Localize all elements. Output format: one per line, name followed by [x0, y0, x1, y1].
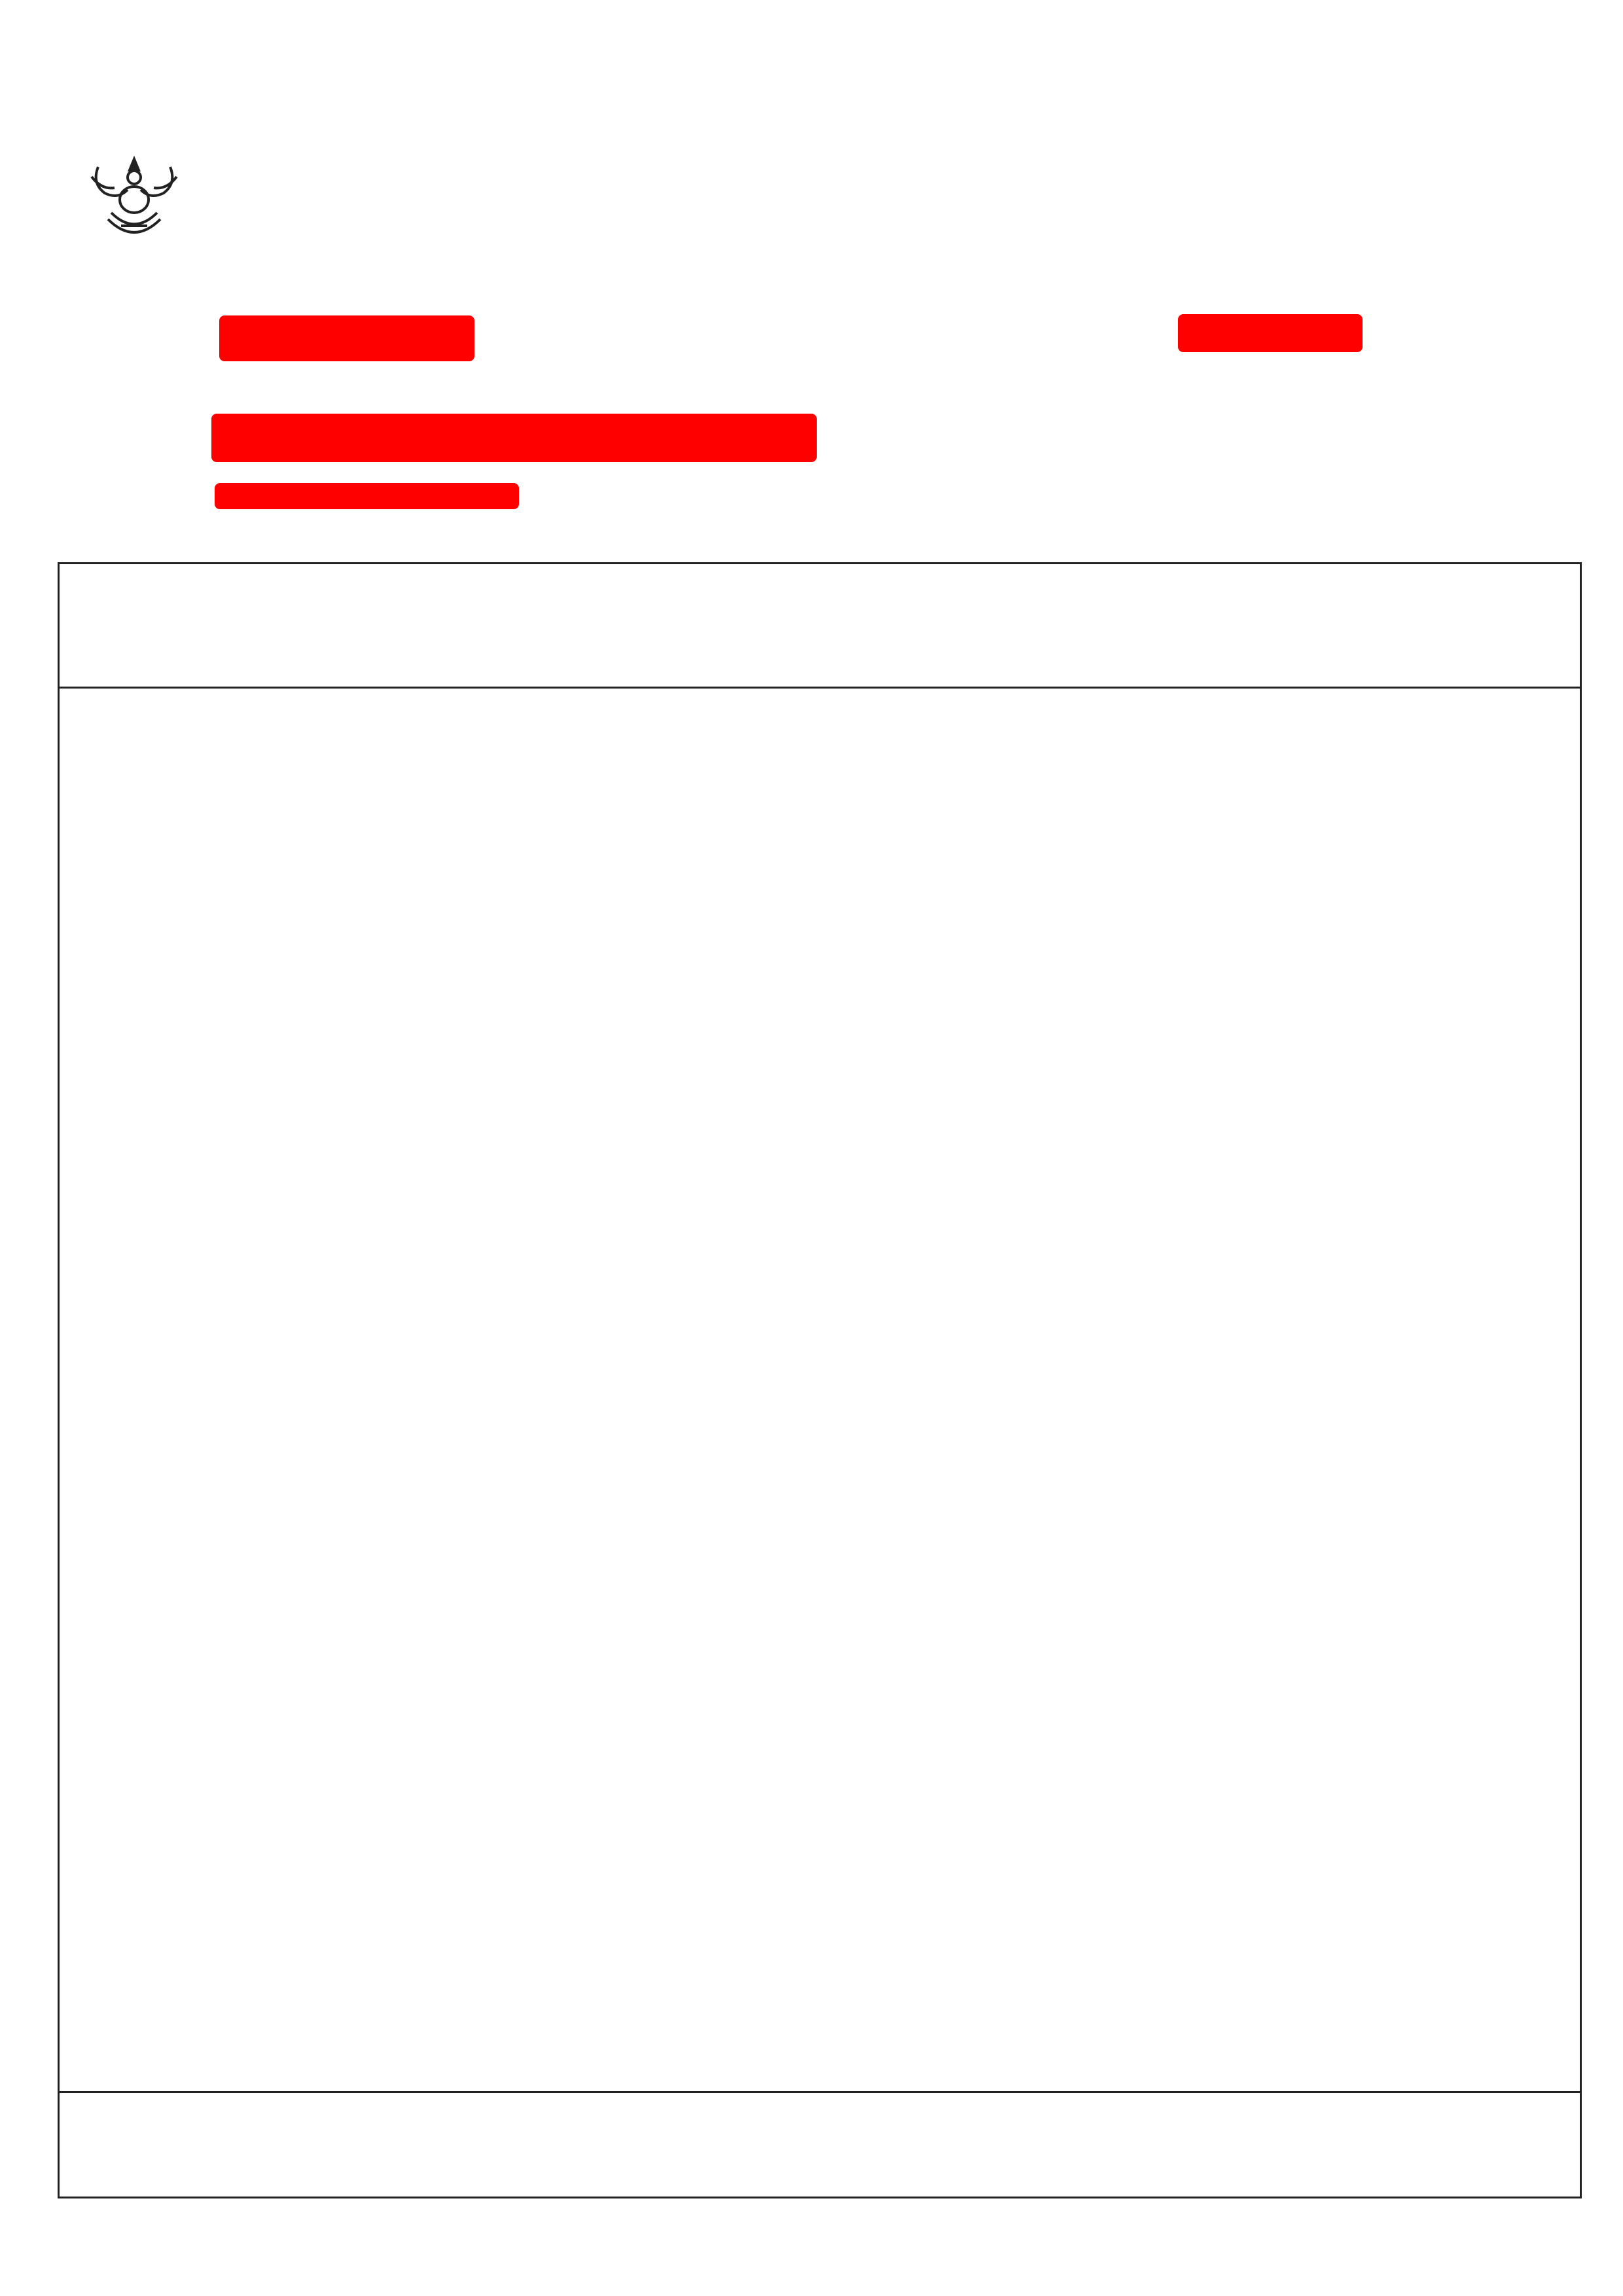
- address-redaction-line1: [211, 414, 817, 462]
- totals-divider: [58, 2091, 1582, 2093]
- name-redaction: [219, 315, 474, 361]
- garuda-emblem-icon: [85, 154, 183, 249]
- account-redaction: [1178, 314, 1363, 352]
- address-redaction-line2: [215, 483, 519, 509]
- transactions-table: [58, 562, 1582, 2198]
- header-divider: [58, 687, 1582, 689]
